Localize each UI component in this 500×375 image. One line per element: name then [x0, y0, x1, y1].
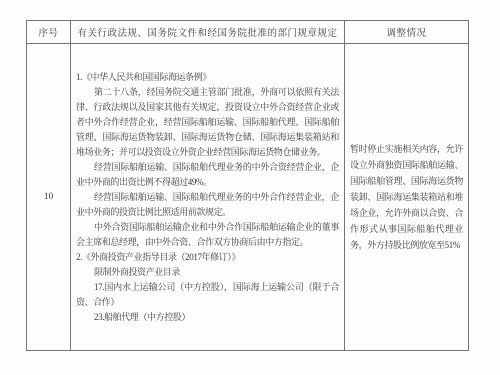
regulation-paragraph: 1.《中华人民共和国国际海运条例》 [76, 70, 339, 85]
regulation-paragraph: 17.国内水上运输公司（中方控股），国际海上运输公司（限于合资、合作） [76, 280, 339, 310]
regulation-paragraph: 限制外商投资产业目录 [76, 265, 339, 280]
serial-number-cell: 10 [27, 44, 71, 351]
regulation-paragraph: 第二十八条，经国务院交通主管部门批准，外商可以依照有关法律、行政法规以及国家其他… [76, 85, 339, 160]
col-header-adjustment: 调整情况 [345, 21, 469, 44]
regulation-table: 序号 有关行政法规、国务院文件和经国务院批准的部门规章规定 调整情况 10 1.… [26, 20, 469, 351]
adjustment-cell: 暂时停止实施相关内容，允许设立外商独资国际船舶运输、国际船舶管理、国际海运货物装… [345, 44, 469, 351]
regulation-paragraph: 23.船舶代理（中方控股） [76, 310, 339, 325]
regulation-paragraph: 中外合资国际船舶运输企业和中外合作国际船舶运输企业的董事会主席和总经理，由中外合… [76, 220, 339, 250]
header-row: 序号 有关行政法规、国务院文件和经国务院批准的部门规章规定 调整情况 [27, 21, 469, 44]
regulation-paragraph: 经营国际船舶运输、国际船舶代理业务的中外合作经营企业，企业中外商的投资比例比照适… [76, 190, 339, 220]
regulation-paragraph: 经营国际船舶运输、国际船舶代理业务的中外合资经营企业，企业中外商的出资比例不得超… [76, 160, 339, 190]
table-row: 10 1.《中华人民共和国国际海运条例》第二十八条，经国务院交通主管部门批准，外… [27, 44, 469, 351]
table-body: 10 1.《中华人民共和国国际海运条例》第二十八条，经国务院交通主管部门批准，外… [27, 44, 469, 351]
col-header-regulation: 有关行政法规、国务院文件和经国务院批准的部门规章规定 [71, 21, 345, 44]
col-header-serial: 序号 [27, 21, 71, 44]
regulation-cell: 1.《中华人民共和国国际海运条例》第二十八条，经国务院交通主管部门批准，外商可以… [71, 44, 345, 351]
document-page: 序号 有关行政法规、国务院文件和经国务院批准的部门规章规定 调整情况 10 1.… [0, 0, 500, 375]
table-header: 序号 有关行政法规、国务院文件和经国务院批准的部门规章规定 调整情况 [27, 21, 469, 44]
regulation-paragraph: 2.《外商投资产业指导目录（2017年修订）》 [76, 250, 339, 265]
